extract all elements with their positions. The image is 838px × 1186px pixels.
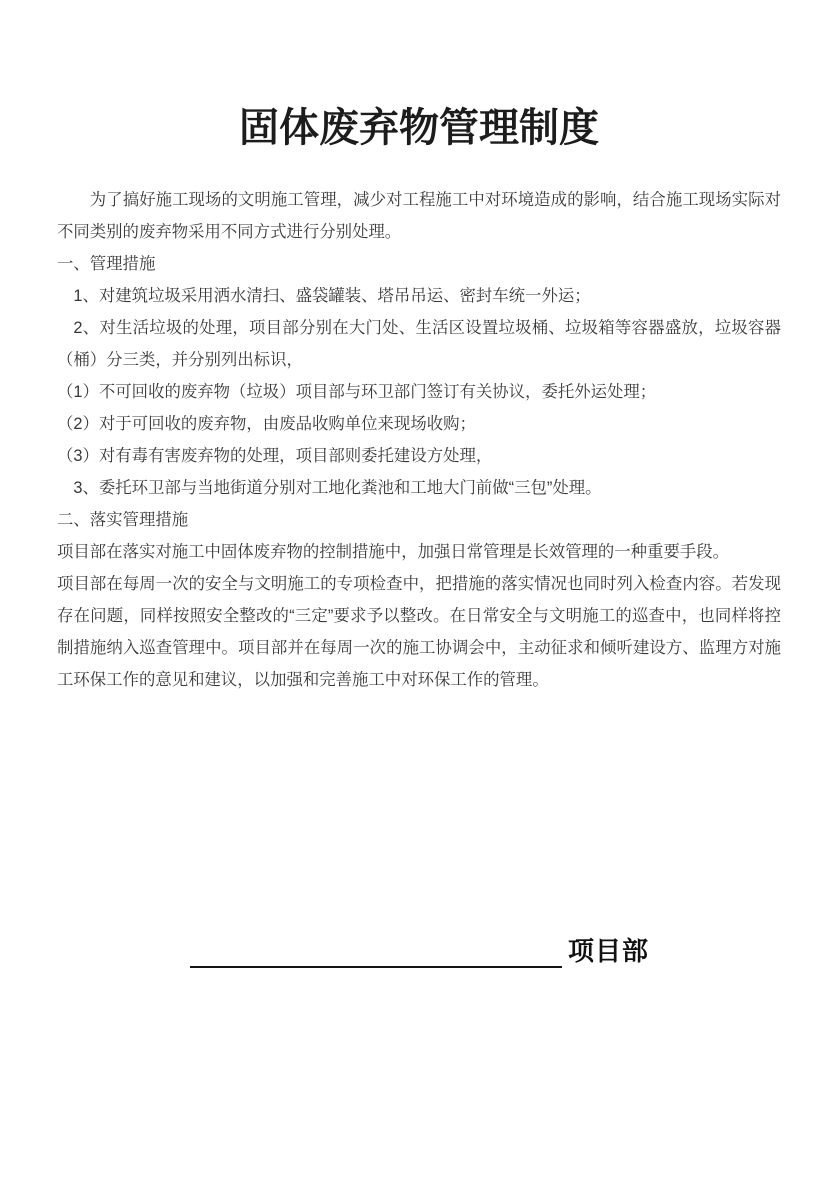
body-paragraph-2: 项目部在每周一次的安全与文明施工的专项检查中，把措施的落实情况也同时列入检查内容… [57,568,781,696]
sub-item-3: （3）对有毒有害废弃物的处理，项目部则委托建设方处理， [57,440,781,472]
section-2-heading: 二、落实管理措施 [57,504,781,536]
list-item-3: 3、委托环卫部与当地街道分别对工地化粪池和工地大门前做“三包”处理。 [57,472,781,504]
list-item-2: 2、对生活垃圾的处理，项目部分别在大门处、生活区设置垃圾桶、垃圾箱等容器盛放，垃… [57,312,781,376]
section-1-heading: 一、管理措施 [57,248,781,280]
intro-paragraph: 为了搞好施工现场的文明施工管理，减少对工程施工中对环境造成的影响，结合施工现场实… [57,184,781,248]
sub-item-2: （2）对于可回收的废弃物，由废品收购单位来现场收购； [57,408,781,440]
signature-label: 项目部 [568,935,649,968]
signature-block: 项目部 [190,934,649,968]
list-item-1: 1、对建筑垃圾采用洒水清扫、盛袋罐装、塔吊吊运、密封车统一外运； [57,280,781,312]
page-title: 固体废弃物管理制度 [0,0,838,156]
body-paragraph-1: 项目部在落实对施工中固体废弃物的控制措施中，加强日常管理是长效管理的一种重要手段… [57,536,781,568]
signature-underline [190,932,562,968]
document-body: 为了搞好施工现场的文明施工管理，减少对工程施工中对环境造成的影响，结合施工现场实… [57,184,781,696]
sub-item-1: （1）不可回收的废弃物（垃圾）项目部与环卫部门签订有关协议，委托外运处理； [57,376,781,408]
document-page: 固体废弃物管理制度 为了搞好施工现场的文明施工管理，减少对工程施工中对环境造成的… [0,0,838,1186]
